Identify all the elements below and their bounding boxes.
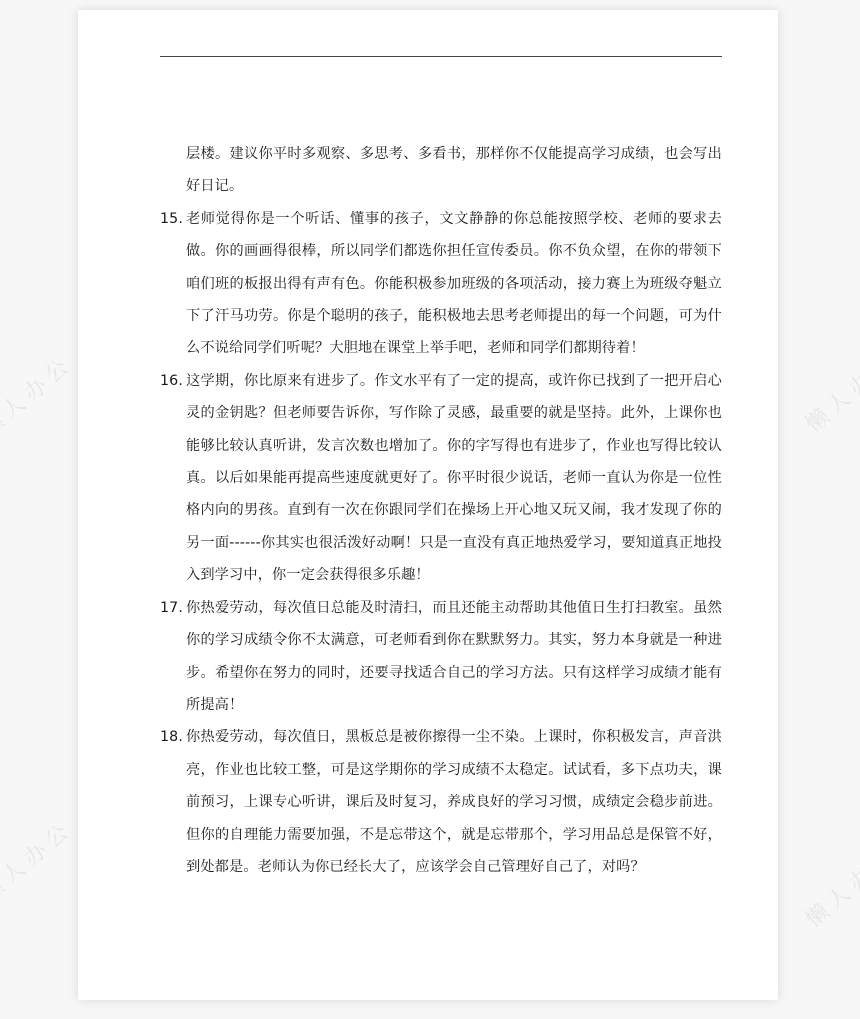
watermark: 懒人办公	[0, 348, 79, 444]
list-item-17: 17. 你热爱劳动，每次值日总能及时清扫，而且还能主动帮助其他值日生打扫教室。虽…	[160, 592, 722, 722]
watermark: 懒人办公	[798, 838, 860, 934]
list-item-text: 你热爱劳动，每次值日，黑板总是被你擦得一尘不染。上课时，你积极发言，声音洪亮，作…	[186, 729, 722, 875]
list-item-text: 老师觉得你是一个听话、懂事的孩子，文文静静的你总能按照学校、老师的要求去做。你的…	[186, 211, 722, 357]
list-item-15: 15. 老师觉得你是一个听话、懂事的孩子，文文静静的你总能按照学校、老师的要求去…	[160, 203, 722, 365]
list-item-16: 16. 这学期，你比原来有进步了。作文水平有了一定的提高，或许你已找到了一把开启…	[160, 365, 722, 592]
list-number: 15.	[160, 203, 186, 235]
watermark: 懒人办公	[0, 813, 79, 909]
list-number: 17.	[160, 592, 186, 624]
paragraph-text: 层楼。建议你平时多观察、多思考、多看书，那样你不仅能提高学习成绩，也会写出好日记…	[186, 146, 722, 194]
document-page: 层楼。建议你平时多观察、多思考、多看书，那样你不仅能提高学习成绩，也会写出好日记…	[78, 10, 778, 1000]
continued-paragraph: 层楼。建议你平时多观察、多思考、多看书，那样你不仅能提高学习成绩，也会写出好日记…	[160, 138, 722, 203]
document-body: 层楼。建议你平时多观察、多思考、多看书，那样你不仅能提高学习成绩，也会写出好日记…	[160, 138, 722, 883]
list-item-text: 这学期，你比原来有进步了。作文水平有了一定的提高，或许你已找到了一把开启心灵的金…	[186, 373, 722, 583]
list-item-18: 18. 你热爱劳动，每次值日，黑板总是被你擦得一尘不染。上课时，你积极发言，声音…	[160, 721, 722, 883]
list-item-text: 你热爱劳动，每次值日总能及时清扫，而且还能主动帮助其他值日生打扫教室。虽然你的学…	[186, 600, 722, 713]
watermark: 懒人办公	[798, 343, 860, 439]
list-number: 16.	[160, 365, 186, 397]
header-rule	[160, 56, 722, 57]
list-number: 18.	[160, 721, 186, 753]
